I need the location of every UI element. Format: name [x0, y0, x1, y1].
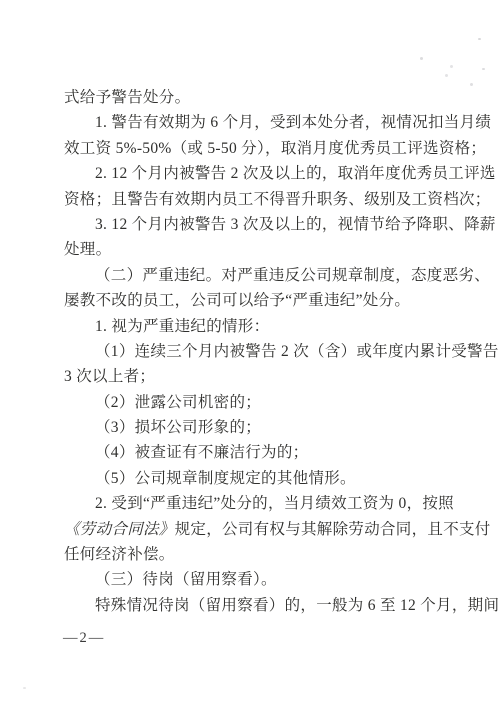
document-line: （4）被查证有不廉洁行为的； [64, 440, 446, 465]
document-line: 任何经济补偿。 [64, 542, 446, 567]
line-text: （三）待岗（留用察看）。 [95, 571, 277, 588]
scanned-document-page: 式给予警告处分。1. 警告有效期为 6 个月，受到本处分者，视情况扣当月绩效工资… [0, 0, 500, 707]
document-line: 1. 警告有效期为 6 个月，受到本处分者，视情况扣当月绩 [64, 110, 446, 135]
scan-speckle [445, 74, 448, 77]
line-text: 规定，公司有权与其解除劳动合同，且不支付 [175, 521, 491, 538]
law-title-text: 《劳动合同法》 [64, 521, 175, 538]
document-line: 《劳动合同法》规定，公司有权与其解除劳动合同，且不支付 [64, 517, 446, 542]
line-text: 1. 警告有效期为 6 个月，受到本处分者，视情况扣当月绩 [95, 114, 491, 131]
document-line: （3）损坏公司形象的； [64, 415, 446, 440]
line-text: （2）泄露公司机密的； [95, 394, 261, 411]
document-line: （2）泄露公司机密的； [64, 390, 446, 415]
document-line: 特殊情况待岗（留用察看）的，一般为 6 至 12 个月，期间 [64, 593, 446, 618]
line-text: 资格；且警告有效期内员工不得晋升职务、级别及工资档次； [64, 191, 491, 208]
line-text: （1）连续三个月内被警告 2 次（含）或年度内累计受警告 [95, 343, 499, 360]
line-text: 屡教不改的员工，公司可以给予“严重违纪”处分。 [64, 292, 410, 309]
document-line: 2. 受到“严重违纪”处分的，当月绩效工资为 0，按照 [64, 491, 446, 516]
scan-speckle [482, 68, 485, 70]
scan-speckle [470, 83, 473, 86]
line-text: 1. 视为严重违纪的情形： [95, 318, 269, 335]
line-text: （二）严重违纪。对严重违反公司规章制度，态度恶劣、 [95, 267, 490, 284]
line-text: 2. 受到“严重违纪”处分的，当月绩效工资为 0，按照 [95, 495, 454, 512]
document-line: 2. 12 个月内被警告 2 次及以上的，取消年度优秀员工评选 [64, 161, 446, 186]
line-text: 3. 12 个月内被警告 3 次及以上的，视情节给予降职、降薪 [95, 216, 496, 233]
line-text: （5）公司规章制度规定的其他情形。 [95, 470, 356, 487]
line-text: （4）被查证有不廉洁行为的； [95, 444, 308, 461]
document-line: （三）待岗（留用察看）。 [64, 567, 446, 592]
document-line: 屡教不改的员工，公司可以给予“严重违纪”处分。 [64, 288, 446, 313]
line-text: 特殊情况待岗（留用察看）的，一般为 6 至 12 个月，期间 [95, 597, 499, 614]
document-line: 3 次以上者； [64, 364, 446, 389]
document-line: （二）严重违纪。对严重违反公司规章制度，态度恶劣、 [64, 263, 446, 288]
scan-speckle [23, 687, 26, 689]
document-line: （1）连续三个月内被警告 2 次（含）或年度内累计受警告 [64, 339, 446, 364]
line-text: 3 次以上者； [64, 368, 155, 385]
line-text: 处理。 [64, 241, 111, 258]
scan-speckle [420, 57, 423, 60]
line-text: 任何经济补偿。 [64, 546, 175, 563]
document-line: 处理。 [64, 237, 446, 262]
document-line: 资格；且警告有效期内员工不得晋升职务、级别及工资档次； [64, 187, 446, 212]
page-number: —2— [63, 630, 105, 647]
document-line: 1. 视为严重违纪的情形： [64, 314, 446, 339]
document-body: 式给予警告处分。1. 警告有效期为 6 个月，受到本处分者，视情况扣当月绩效工资… [64, 85, 446, 618]
scan-speckle [478, 38, 481, 40]
line-text: 式给予警告处分。 [64, 89, 190, 106]
document-line: 式给予警告处分。 [64, 85, 446, 110]
document-line: （5）公司规章制度规定的其他情形。 [64, 466, 446, 491]
document-line: 3. 12 个月内被警告 3 次及以上的，视情节给予降职、降薪 [64, 212, 446, 237]
line-text: （3）损坏公司形象的； [95, 419, 261, 436]
document-line: 效工资 5%-50%（或 5-50 分），取消月度优秀员工评选资格； [64, 136, 446, 161]
scan-speckle [450, 65, 453, 68]
line-text: 2. 12 个月内被警告 2 次及以上的，取消年度优秀员工评选 [95, 165, 496, 182]
line-text: 效工资 5%-50%（或 5-50 分），取消月度优秀员工评选资格； [64, 140, 486, 157]
